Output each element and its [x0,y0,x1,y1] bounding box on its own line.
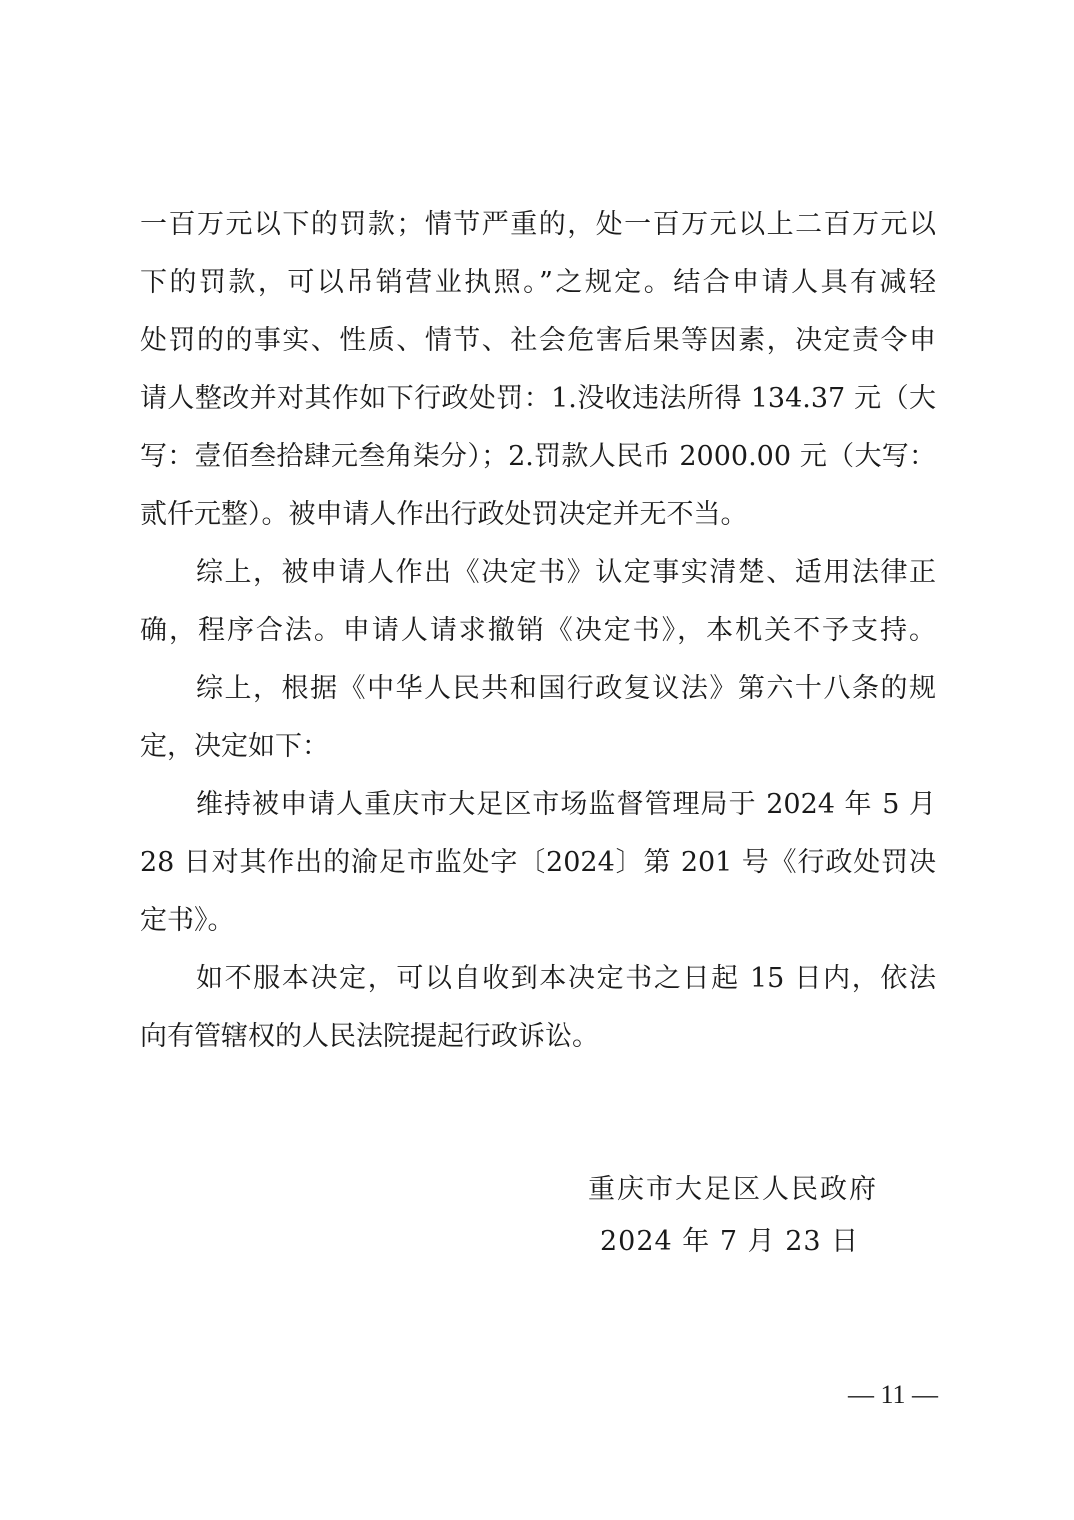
body-text-line: 向有管辖权的人民法院提起行政诉讼。 [140,1017,936,1057]
body-text-line: 综上，被申请人作出《决定书》认定事实清楚、适用法律正 [196,553,936,593]
body-text-line: 维持被申请人重庆市大足区市场监督管理局于 2024 年 5 月 [196,785,936,825]
issuer-signature: 重庆市大足区人民政府 [588,1170,878,1210]
body-text-line: 写：壹佰叁拾肆元叁角柒分）；2.罚款人民币 2000.00 元（大写： [140,437,936,477]
body-text-line: 如不服本决定，可以自收到本决定书之日起 15 日内，依法 [196,959,936,999]
body-text-line: 确，程序合法。申请人请求撤销《决定书》，本机关不予支持。 [140,611,936,651]
body-text-line: 定书》。 [140,901,936,941]
document-page: 一百万元以下的罚款；情节严重的，处一百万元以上二百万元以 下的罚款，可以吊销营业… [0,0,1074,1520]
page-number: — 11 — [848,1375,938,1415]
body-text-line: 处罚的的事实、性质、情节、社会危害后果等因素，决定责令申 [140,321,936,361]
body-text-line: 请人整改并对其作如下行政处罚：1.没收违法所得 134.37 元（大 [140,379,936,419]
body-text-line: 一百万元以下的罚款；情节严重的，处一百万元以上二百万元以 [140,205,936,245]
body-text-line: 下的罚款，可以吊销营业执照。”之规定。结合申请人具有减轻 [140,263,936,303]
body-text-line: 贰仟元整）。被申请人作出行政处罚决定并无不当。 [140,495,936,535]
issue-date: 2024 年 7 月 23 日 [600,1222,859,1262]
body-text-line: 定，决定如下： [140,727,936,767]
body-text-line: 综上，根据《中华人民共和国行政复议法》第六十八条的规 [196,669,936,709]
body-text-line: 28 日对其作出的渝足市监处字〔2024〕第 201 号《行政处罚决 [140,843,936,883]
